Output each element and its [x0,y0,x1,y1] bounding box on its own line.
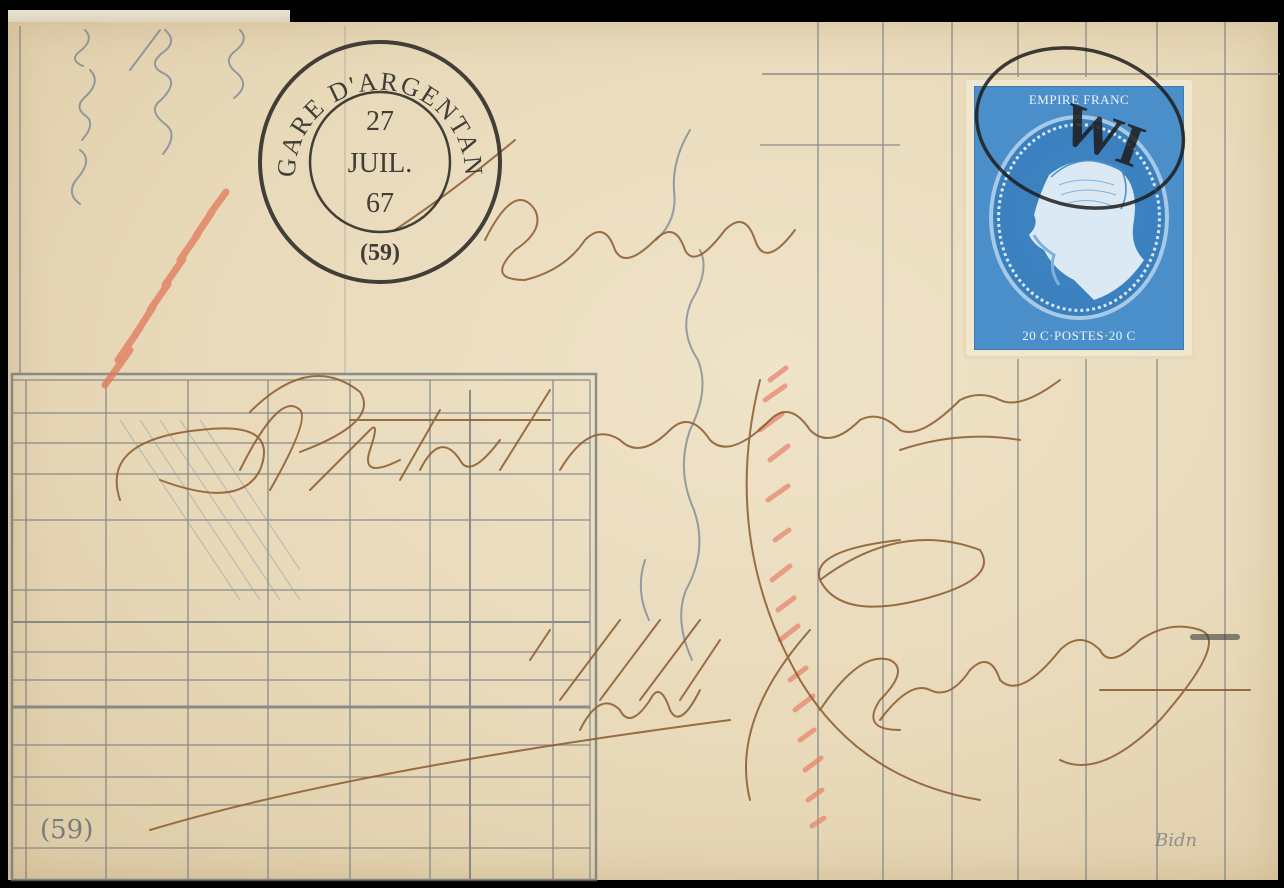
pencil-note-bottom-left: (59) [40,815,93,845]
stamp-medallion [989,115,1169,320]
stamp-design: EMPIRE FRANC 20 C·POSTES·20 C [974,86,1184,350]
stamp-top-label: EMPIRE FRANC [975,89,1183,111]
postage-stamp: EMPIRE FRANC 20 C·POSTES·20 C [966,80,1192,356]
pencil-note-bottom-right: Bidn [1155,830,1197,851]
stamp-bottom-label: 20 C·POSTES·20 C [975,325,1183,347]
envelope-top-fold [8,10,290,22]
napoleon-portrait-icon [989,115,1169,320]
ink-smudge [1190,634,1240,640]
